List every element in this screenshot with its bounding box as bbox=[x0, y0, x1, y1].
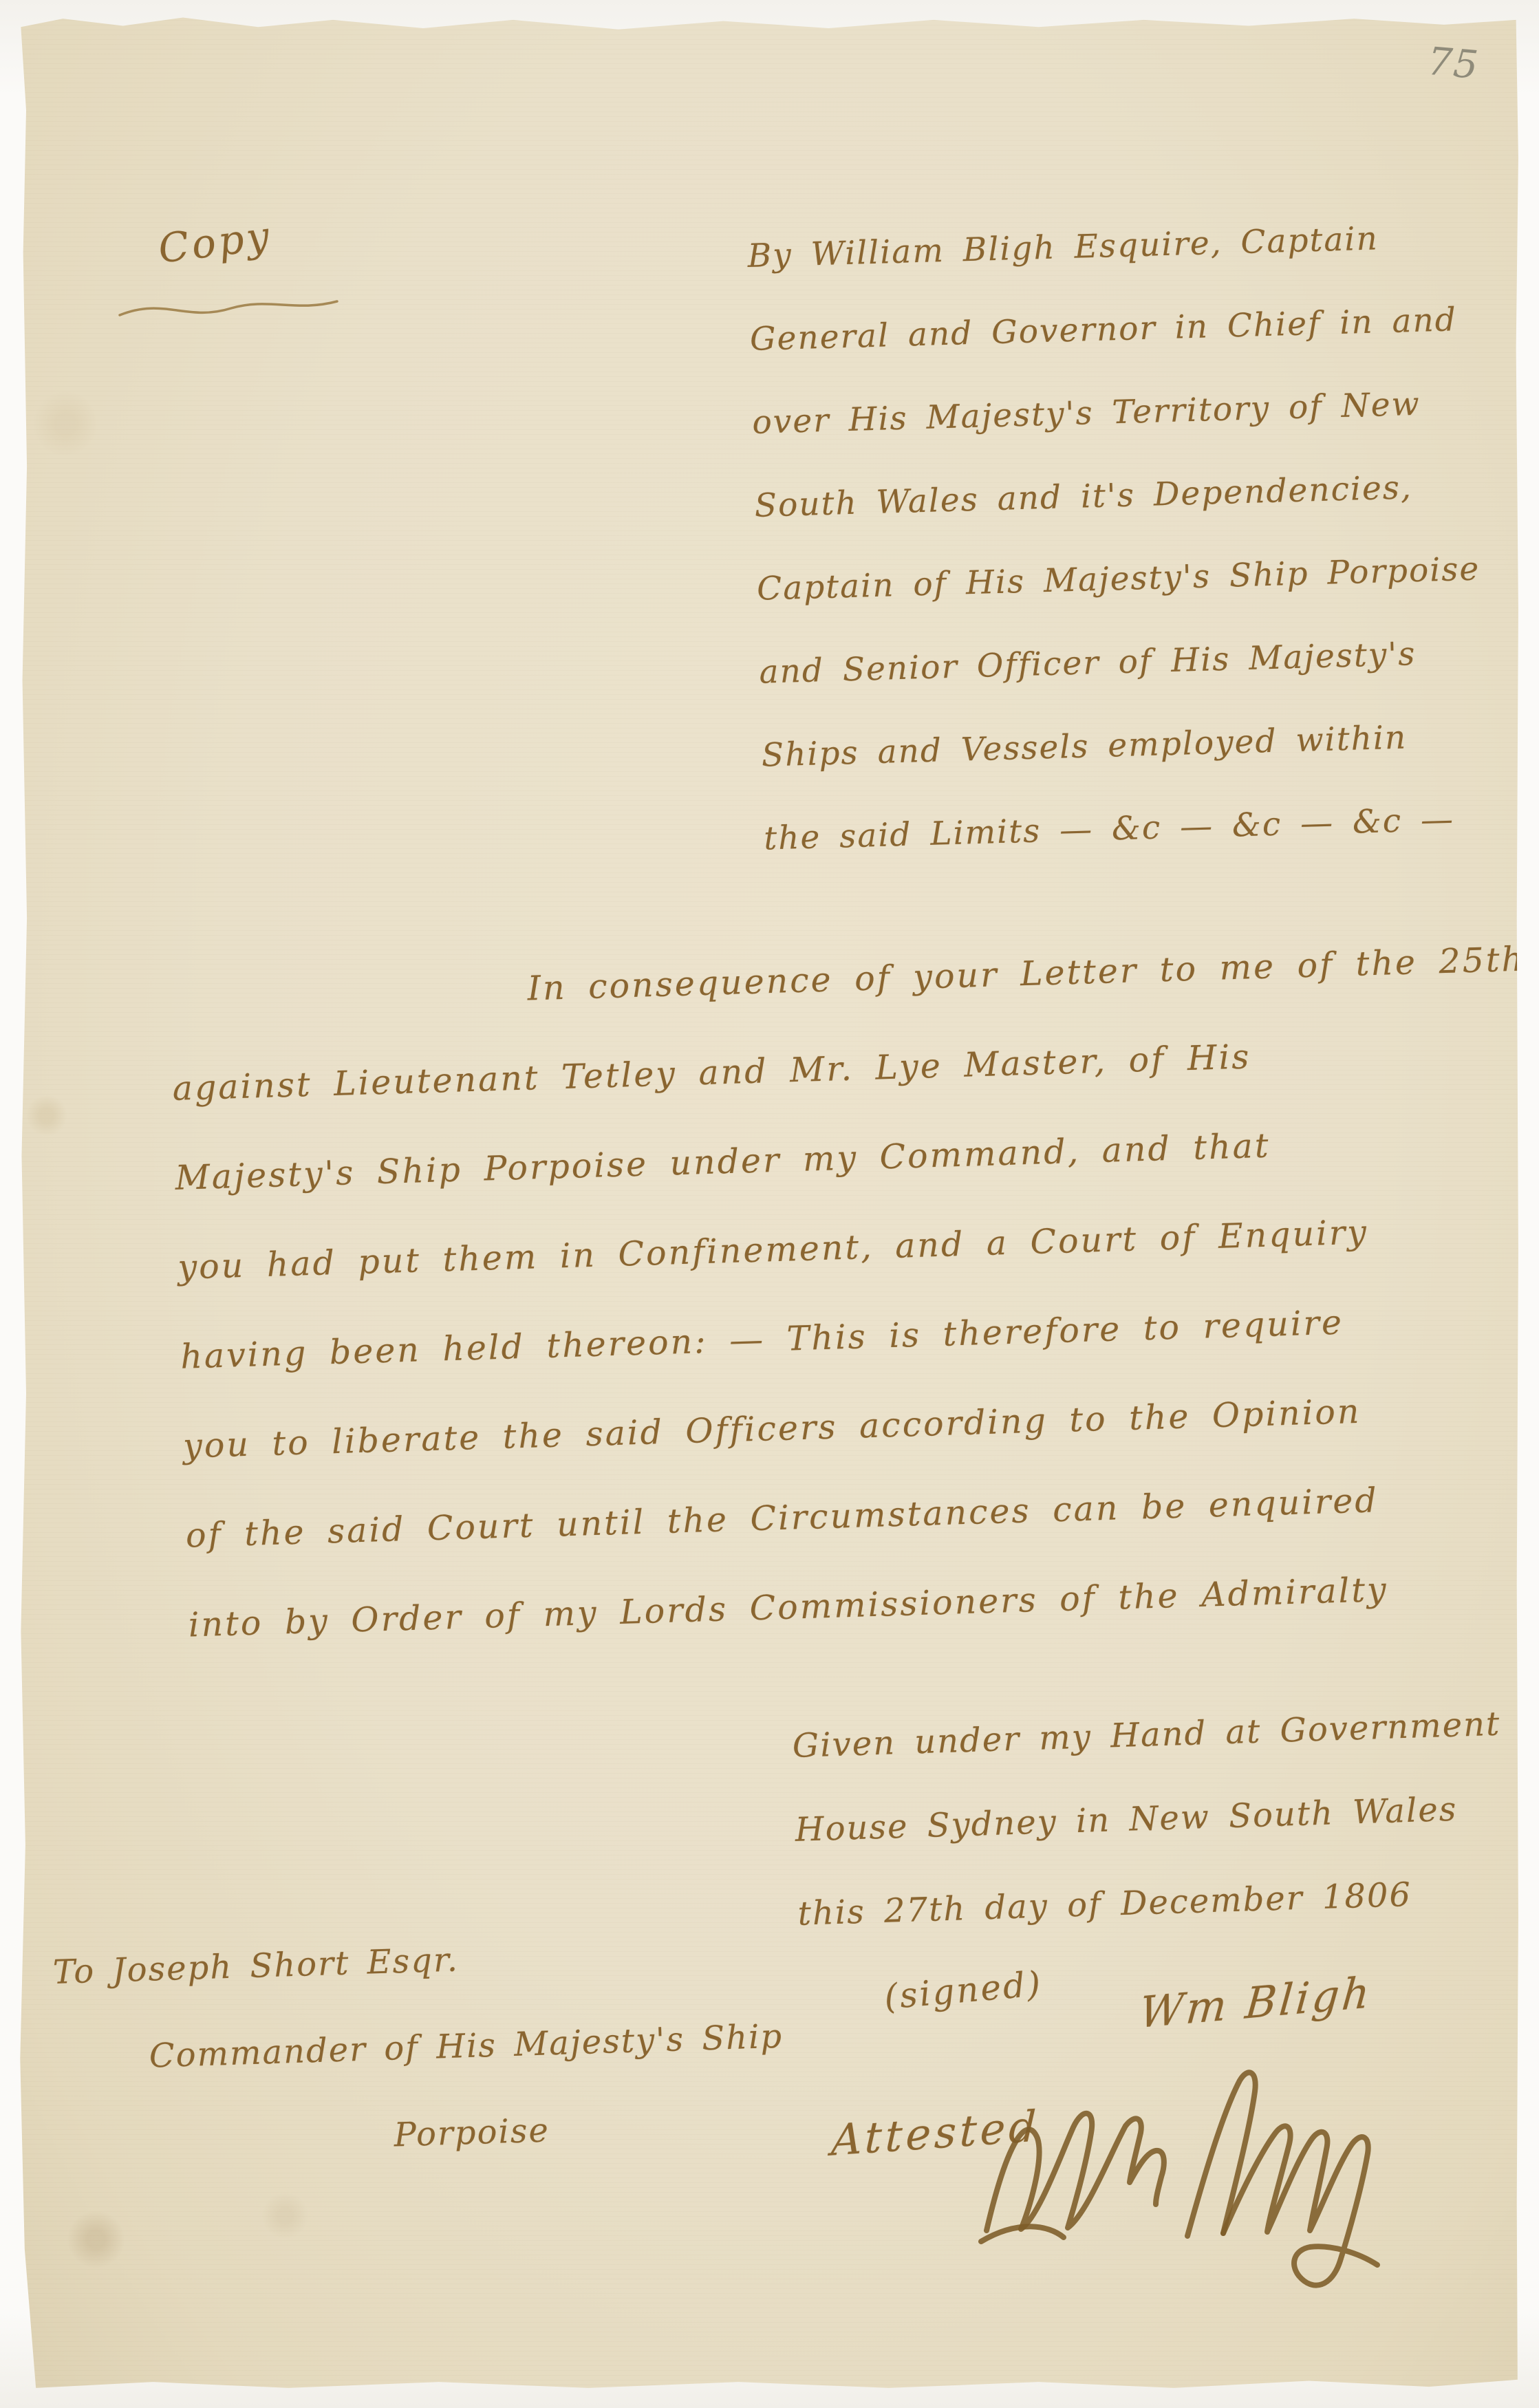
closing-block: Given under my Hand at Government House … bbox=[791, 1682, 1507, 1956]
copy-label: Copy bbox=[155, 212, 274, 272]
copy-underline-flourish bbox=[116, 290, 343, 325]
scan-background: 75 Copy By William Bligh Esquire, Captai… bbox=[0, 0, 1539, 2408]
bligh-signature-scrawl bbox=[960, 2046, 1442, 2308]
body-block: In consequence of your Letter to me of t… bbox=[169, 914, 1539, 1670]
document-page: 75 Copy By William Bligh Esquire, Captai… bbox=[18, 15, 1519, 2391]
address-block: To Joseph Short Esqr. Commander of His M… bbox=[52, 1906, 787, 2189]
page-number: 75 bbox=[1425, 39, 1481, 88]
address-line: Porpoise bbox=[393, 2080, 787, 2179]
bligh-signature-copied: Wm Bligh bbox=[1137, 1967, 1374, 2038]
header-block: By William Bligh Esquire, Captain Genera… bbox=[746, 193, 1539, 881]
signed-label: (signed) bbox=[883, 1964, 1044, 2017]
